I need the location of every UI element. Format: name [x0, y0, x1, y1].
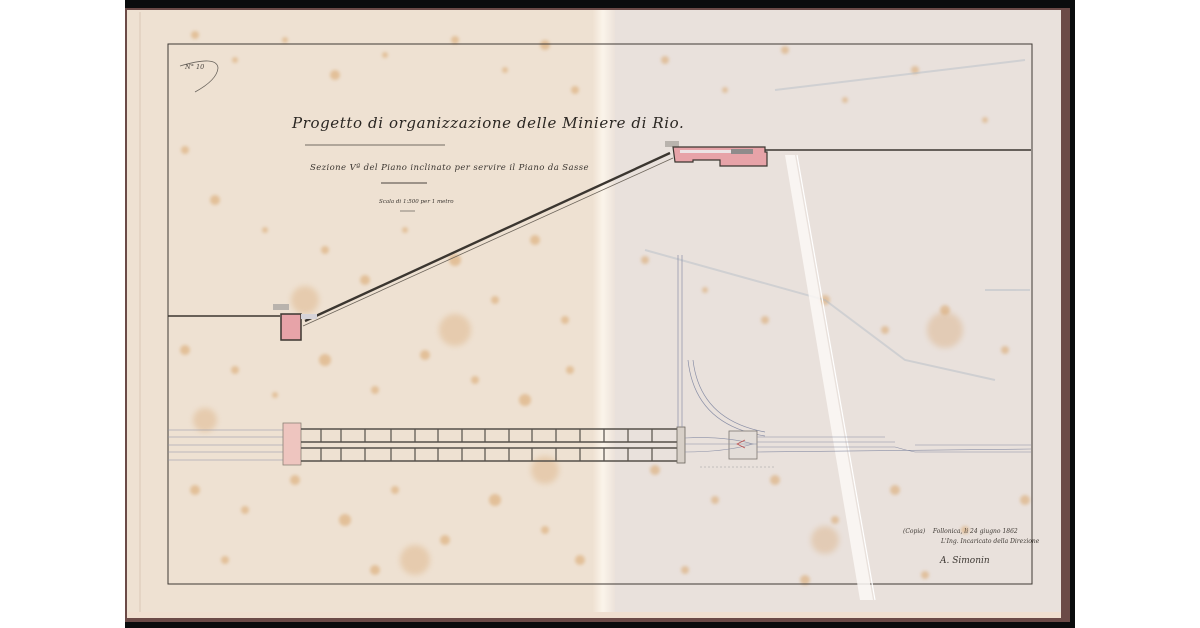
drawing-title: Progetto di organizzazione delle Miniere… [292, 114, 684, 132]
copy-stamp: (Copia) [903, 528, 925, 535]
left-page [127, 10, 605, 618]
signer-role: L'Ing. Incaricato della Direzione [903, 538, 1039, 545]
scale-note: Scala di 1:500 per 1 metro [379, 199, 454, 205]
scanned-drawing: N° 10 Progetto di organizzazione delle M… [125, 0, 1075, 628]
drawing-subtitle: Sezione Vª del Piano inclinato per servi… [310, 163, 589, 173]
signature-block: (Copia) Follonica, li 24 giugno 1862 L'I… [903, 527, 1039, 547]
page-spine [593, 10, 615, 618]
signer-signature: A. Simonin [940, 556, 990, 566]
image-viewer: N° 10 Progetto di organizzazione delle M… [0, 0, 1200, 628]
switch-box [729, 431, 757, 459]
place-date: Follonica, li 24 giugno 1862 [933, 528, 1018, 535]
sheet-number: N° 10 [185, 63, 204, 71]
